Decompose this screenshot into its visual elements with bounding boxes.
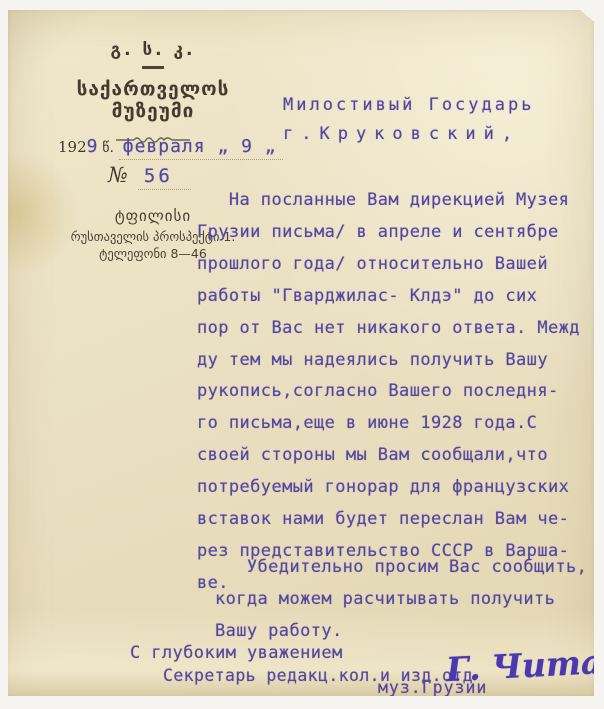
body-paragraph-1: На посланные Вам дирекцией Музея Грузии … [197, 185, 601, 600]
date-typed-value: февраля „ 9 „ [119, 136, 283, 160]
org-name: საქართველოს მუზეუმი [38, 78, 268, 122]
number-label: № [108, 163, 128, 187]
salutation: Милостивый Государь [283, 95, 534, 115]
recipient-name: г.Круковский, [283, 124, 520, 144]
date-line: 1929 წ. февраля „ 9 „ [58, 136, 283, 157]
signature-handwritten: Г. Читая [445, 642, 604, 689]
number-value: 56 [138, 165, 191, 190]
date-year-word: წ. [102, 140, 114, 156]
number-line: №56 [108, 163, 191, 187]
scan-background: გ. ს. კ. საქართველოს მუზეუმი ტფილისი რუს… [0, 0, 604, 709]
date-year-digit: 9 [87, 136, 98, 157]
valediction: С глубоким уважением [130, 643, 343, 663]
letter-document: გ. ს. კ. საქართველოს მუზეუმი ტფილისი რუს… [8, 10, 594, 696]
date-printed-prefix: 192 [58, 138, 87, 156]
body-paragraph-2: Убедительно просим Вас сообщить, когда м… [215, 552, 604, 648]
divider-rule [142, 66, 164, 69]
org-abbreviation: გ. ს. კ. [38, 40, 268, 60]
